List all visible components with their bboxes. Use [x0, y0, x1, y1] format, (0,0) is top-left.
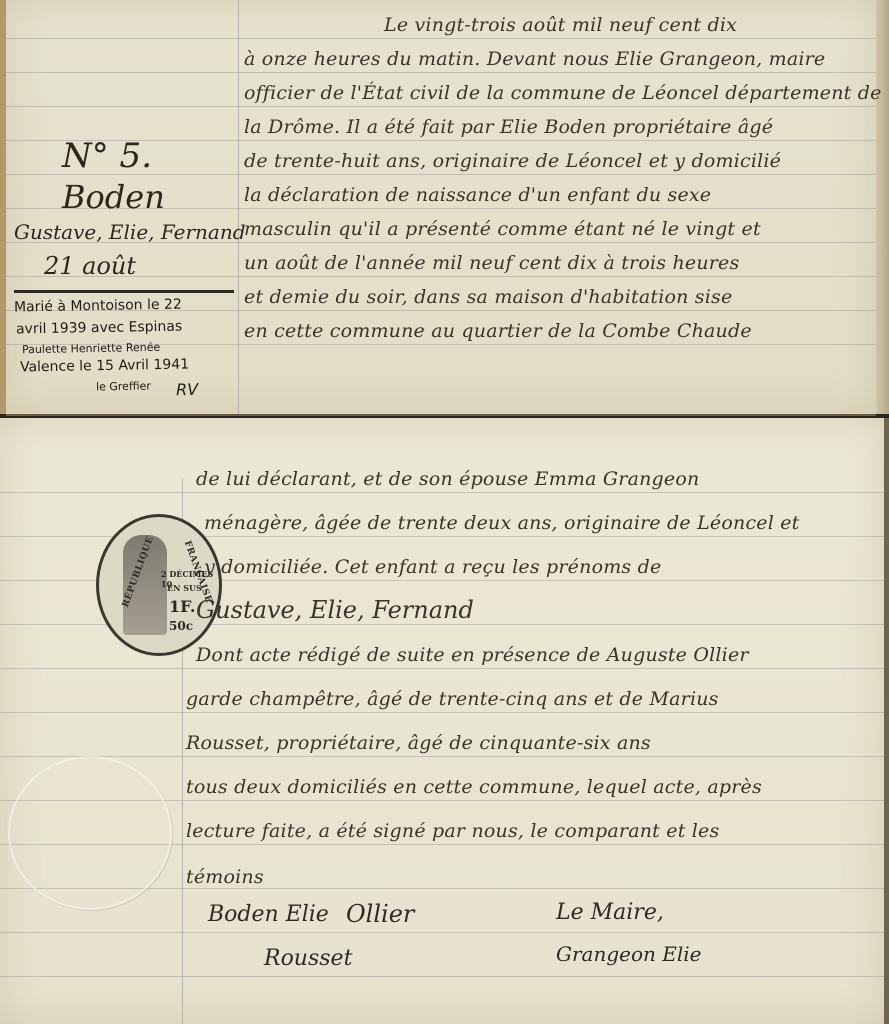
body-line: masculin qu'il a présenté comme étant né… [244, 218, 761, 240]
annotation-line: avril 1939 avec Espinas [16, 319, 182, 338]
body-line: à onze heures du matin. Devant nous Elie… [244, 48, 825, 70]
body-line: y domiciliée. Cet enfant a reçu les prén… [204, 556, 661, 578]
ruled-line [6, 72, 876, 73]
body-line: témoins [186, 866, 264, 888]
body-line: garde champêtre, âgé de trente-cinq ans … [186, 688, 719, 710]
stamp-value-line: 50c [169, 619, 193, 633]
annotation-line: Marié à Montoison le 22 [14, 297, 182, 316]
signature-witness-rousset: Rousset [264, 946, 352, 971]
entry-given-names: Gustave, Elie, Fernand [14, 220, 246, 244]
ruled-line [6, 38, 876, 39]
annotation-initials: RV [176, 380, 198, 399]
body-line: Rousset, propriétaire, âgé de cinquante-… [186, 732, 651, 754]
register-page-bottom [0, 418, 884, 1024]
entry-date: 21 août [44, 252, 136, 280]
ruled-line [0, 492, 884, 493]
body-line: lecture faite, a été signé par nous, le … [186, 820, 719, 842]
body-line: la déclaration de naissance d'un enfant … [244, 184, 711, 206]
body-line: ménagère, âgée de trente deux ans, origi… [204, 512, 800, 534]
mayor-title: Le Maire, [556, 900, 664, 925]
stamp-value-line: EN SUS [167, 583, 202, 593]
ruled-line [6, 106, 876, 107]
page-edge [876, 0, 889, 414]
annotation-line: Valence le 15 Avril 1941 [20, 357, 189, 376]
ruled-line [0, 976, 884, 977]
ruled-line [6, 276, 876, 277]
body-line: et demie du soir, dans sa maison d'habit… [244, 286, 732, 308]
body-line: Le vingt-trois août mil neuf cent dix [384, 14, 737, 36]
signature-witness-ollier: Ollier [346, 900, 414, 928]
ruled-line [0, 756, 884, 757]
body-line: de lui déclarant, et de son épouse Emma … [196, 468, 699, 490]
body-line: en cette commune au quartier de la Combe… [244, 320, 752, 342]
ruled-line [0, 668, 884, 669]
signature-mayor: Grangeon Elie [556, 942, 702, 966]
body-line: de trente-huit ans, originaire de Léonce… [244, 150, 781, 172]
ruled-line [0, 712, 884, 713]
embossed-seal [8, 756, 172, 910]
fiscal-stamp: RÉPUBLIQUE FRANÇAISE 2 DÉCIMES 10 EN SUS… [96, 514, 222, 656]
body-line: la Drôme. Il a été fait par Elie Boden p… [244, 116, 773, 138]
body-line: tous deux domiciliés en cette commune, l… [186, 776, 762, 798]
page-edge [884, 418, 889, 1024]
body-line: Dont acte rédigé de suite en présence de… [196, 644, 749, 666]
body-line: officier de l'État civil de la commune d… [244, 82, 882, 104]
entry-surname: Boden [62, 178, 165, 216]
signature-declarant: Boden Elie [208, 902, 329, 927]
entry-number: N° 5. [62, 136, 152, 176]
body-line: un août de l'année mil neuf cent dix à t… [244, 252, 739, 274]
ruled-line [0, 932, 884, 933]
annotation-line: Paulette Henriette Renée [22, 341, 160, 356]
stamp-value-line: 1F. [169, 597, 195, 616]
child-given-names: Gustave, Elie, Fernand [196, 596, 474, 624]
margin-divider [14, 290, 234, 293]
annotation-line: le Greffier [96, 380, 151, 394]
margin-rule [238, 0, 239, 414]
